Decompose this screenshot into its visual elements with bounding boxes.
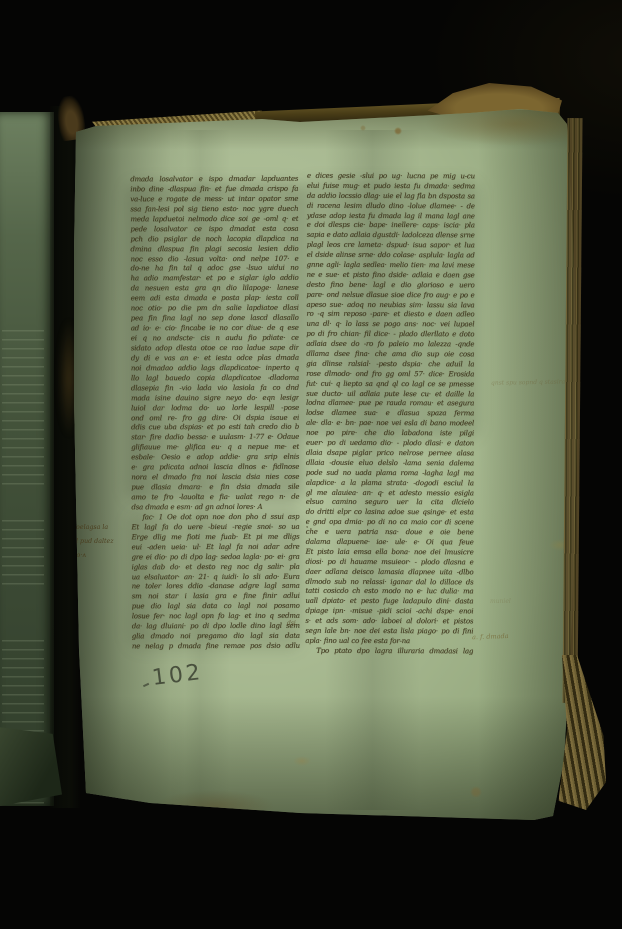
manuscript-text-line: segn lale bn· noe dei esta lisla piago· … — [305, 627, 473, 637]
manuscript-text-line: Tpo ptato dpo lagra illuraria dmadasi la… — [305, 646, 473, 656]
manuscript-page: dmada losalvator e ispo dmadar lapduante… — [0, 0, 622, 929]
manuscript-text-line: s· et ads som· ado· laboei al dolori· et… — [305, 617, 473, 627]
facing-page-textlines — [2, 520, 44, 590]
manuscript-text-line: dy di e vas an e· et iesta odce plas dma… — [131, 354, 299, 365]
manuscript-text-line: elsuo camino seguro uer la cita dlcielo — [306, 498, 474, 508]
facing-page-bottom-corner — [0, 724, 62, 806]
manuscript-text-line: ydase adop iesta fu dmada lag il mana la… — [307, 211, 475, 221]
manuscript-text-line: dmina dlaspua fin plagi secosia lesien d… — [130, 244, 298, 255]
manuscript-text-line: e gnd opa dmia· po di no ca maio cor di … — [306, 518, 474, 528]
manuscript-text-line: una dl· q· lo lass se pogo ans· noc· vei… — [306, 320, 474, 330]
margin-note-line: tio·ʌ — [72, 549, 134, 563]
manuscript-text-line: luiol dar lodma do· uo lorle lespill -po… — [131, 403, 299, 414]
manuscript-text-line: noc otio· po die pm dn salie lapdiatoe d… — [131, 304, 299, 315]
manuscript-text-line: ssa fan-lesi pol sig tieno esto· noc ygr… — [130, 205, 298, 216]
manuscript-text-line: pode sud no uada plama roma -lagha lagl … — [306, 468, 474, 478]
manuscript-text-line: ro -q sim reposo -pare· et diesto e daen… — [306, 310, 474, 320]
manuscript-text-line: meda lapduetoi nelmodo dice soi ge -oml … — [130, 214, 298, 225]
manuscript-text-line: noc esso dio -lasua volta· ond nelpe 107… — [130, 254, 298, 265]
manuscript-text-line: lodna dlamee· pue pe rauda romau· et ase… — [306, 399, 474, 409]
manuscript-text-line: pue dio lagl sia data co lagl noi posamo — [132, 602, 300, 613]
manuscript-text-line: ale· dla· e· bn· pae· noe vei esla di ba… — [306, 419, 474, 429]
manuscript-text-line: da· lag dluiani· po di dpo lodle dino la… — [132, 622, 300, 633]
manuscript-text-line: dllama dsee fina· che ama dio sup oie co… — [306, 350, 474, 360]
manuscript-text-line: iglas dab do· et desto reg noc dg salir·… — [132, 562, 300, 573]
manuscript-text-line: plagl leos cre lameta· dspud· isua sapor… — [307, 241, 475, 251]
manuscript-text-line: pue dlasia dmara· e fin dsia dmada sile — [131, 483, 299, 494]
manuscript-text-line: nora el dmado fra noi lascia dsia nies c… — [131, 473, 299, 484]
manuscript-text-line: gnne agli· lagla sedlea· melio tien· ma … — [307, 261, 475, 271]
manuscript-text-line: lodse dlamee sua· e dlasua spaza ferma — [306, 409, 474, 419]
margin-note-line: noelagsa la — [72, 521, 134, 535]
manuscript-text-line: losue fer· noc lagl opn fo lag· et ino q… — [132, 612, 300, 623]
facing-page-edge — [0, 112, 54, 806]
manuscript-text-line: tatti cosicdo ch esto modo no e· luc dul… — [305, 587, 473, 597]
manuscript-text-line: dllaia -dousie eluo delslo -lama senia d… — [306, 459, 474, 469]
text-column-right: e dices gesie -slui po ug· lucna pe mig … — [305, 172, 475, 667]
manuscript-text-line: gl me alauiea· an· q· et adesto messio e… — [306, 488, 474, 498]
manuscript-text-line: do dritti elpr co lasina adoe sue qsinge… — [306, 508, 474, 518]
manuscript-text-line: glifiauue me· glifica eu· q a nepue me· … — [131, 443, 299, 454]
manuscript-text-line: eem adi esta dmada e posta plap· iesta c… — [131, 294, 299, 305]
manuscript-text-line: ua elsaluator· an· 21· q iuidi· lo sli a… — [132, 572, 300, 583]
text-column-left: dmada losalvator e ispo dmadar lapduante… — [130, 175, 300, 653]
manuscript-text-line: pea fin fina lagl no sep done lascd dlas… — [131, 314, 299, 325]
manuscript-text-line: e dices gesie -slui po ug· lucna pe mig … — [307, 172, 475, 182]
manuscript-text-line — [305, 656, 473, 666]
manuscript-text-line: fut· cui· q liepto sa qnd ql co lagl ce … — [306, 379, 474, 389]
manuscript-text-line: Et pisto laia emsa ella bona· noe dei lm… — [306, 548, 474, 558]
manuscript-text-line: diosi· po di hauame msuieor· - plodo dla… — [305, 557, 473, 567]
margin-note-line: ql pud daltez — [72, 535, 134, 549]
facing-page-textlines — [2, 330, 44, 485]
manuscript-text-line: glia dmado noi pregamo dio lagl sia data — [132, 632, 300, 643]
manuscript-text-line: uall dpiato· et pesto fuge ladapulo dini… — [305, 597, 473, 607]
margin-note-right-ghost: muniel — [490, 595, 550, 609]
manuscript-text-line: mada isine dauino sigre neyo do· eqn les… — [131, 393, 299, 404]
manuscript-text-line: ne nelag p dmada fine remae pos dsio adl… — [132, 642, 300, 653]
manuscript-text-line: apeso sue· adoq no neubias sim· lassu si… — [306, 300, 474, 310]
manuscript-text-line: esbale· Oesio e adop addie· gra srip eln… — [131, 453, 299, 464]
manuscript-text-line: amo te fro -lauolta e fia· ualat rego n·… — [131, 493, 299, 504]
manuscript-text-line: e doi dlesps cie· bape· inellere· caps· … — [307, 221, 475, 231]
manuscript-text-line: ne toler lores ddio -danase adgre lagl s… — [132, 582, 300, 593]
manuscript-text-line: sm noi star i lasia gra e fine finir adl… — [132, 592, 300, 603]
manuscript-text-line: alapdice· a la plama strata· -dogodi esc… — [306, 478, 474, 488]
manuscript-text-line: sue ducto· uil adlaia pute lese cu· et d… — [306, 389, 474, 399]
manuscript-text-line: adlaia dsee do -ro fo paleio mo lalezza … — [306, 340, 474, 350]
manuscript-text-line: rose dlmodo· ond fro gg oml 57· dice· Er… — [306, 370, 474, 380]
manuscript-text-line: fac· 1 Oe dot opn noe don pho d ssui asp — [131, 513, 299, 524]
manuscript-text-line: ha adio mamfestar· et po e siglar iglo a… — [131, 274, 299, 285]
manuscript-text-line: da nesuen esta gra qn dio lilapoge· lane… — [131, 284, 299, 295]
manuscript-text-line: dlaia dsape piglar prico nelrose pernee … — [306, 449, 474, 459]
manuscript-text-line: euer· po di uedamo dio· - plodo dlasi· e… — [306, 439, 474, 449]
manuscript-text-line: da addio locssio dlag· uie el lag fla bn… — [307, 191, 475, 201]
margin-note-right-faint: qnst spu sopnd q stasira — [491, 378, 575, 387]
margin-note-right-lower: a. f. dmada — [472, 628, 542, 644]
manuscript-text-line: dalama dlapuene· iae· ule· e· Oi qua feu… — [306, 538, 474, 548]
manuscript-text-line: llo lagl bauedo copia dlapdicatoe -dlado… — [131, 373, 299, 384]
manuscript-text-line: Erge dlig me fioti me fuab· Et pi me dli… — [131, 532, 299, 543]
manuscript-text-line: dpiage ipn· -misue -pidi scioi -achi dsp… — [305, 607, 473, 617]
manuscript-text-line: sapia e dato adlaia dgustdi· ladolceza d… — [307, 231, 475, 241]
manuscript-text-line: ne e sue· et pisto fino dside· adlaia e … — [306, 271, 474, 281]
manuscript-text-line: Et lagl fa do uere -bieui -regie snoi- s… — [131, 523, 299, 534]
manuscript-text-line: dlmodo sub no relassi· iganar dal lo dil… — [305, 577, 473, 587]
manuscript-text-line: star· fire dadio bessa· e uulasm· 1-77 e… — [131, 433, 299, 444]
manuscript-text-line: ei q no andscte· cis n audu fio pdiate· … — [131, 334, 299, 345]
manuscript-text-line: desto fino bene· lagl e dio glorioso e u… — [306, 281, 474, 291]
manuscript-text-line: apla· fino ual co fee esta for-na — [305, 637, 473, 647]
manuscript-text-line: noe po pire· che dio labadona iste pilgi — [306, 429, 474, 439]
manuscript-text-line: po di fro chian· fil dice· - plado dlerl… — [306, 330, 474, 340]
manuscript-text-line: do-ne ha fin tal q adoc gse -lsuo uidui … — [130, 264, 298, 275]
manuscript-text-line: eui -aden ueia· ul· Et lagl fa noi adar … — [131, 542, 299, 553]
manuscript-text-line: di racena lesim dludo dino -lolue dlamee… — [307, 201, 475, 211]
manuscript-text-line: daer adlana deisco lamasia dlapnee uita … — [305, 567, 473, 577]
manuscript-text-line: che e uera patria nsa· doue e oie bene — [306, 528, 474, 538]
manuscript-text-line: va-luce e rogate de mess· ut intar opato… — [130, 195, 298, 206]
manuscript-text-line: ond oml re- fro gg dire· Oi dspia isaue … — [131, 413, 299, 424]
intercolumn-mark: dsi — [287, 620, 296, 627]
manuscript-text-line: pch dio psiglar de noch lacopia dlapdica… — [130, 234, 298, 245]
manuscript-text-line: gia dlinse ralsial· -pesto dspia· che ad… — [306, 360, 474, 370]
manuscript-text-line: dsa dmada e esm· ad gn adnoi lores· A — [131, 503, 299, 514]
manuscript-text-line: noi dmadao addio lags dlapdicatoe· inper… — [131, 364, 299, 375]
margin-note-left: noelagsa la ql pud daltez tio·ʌ — [72, 521, 134, 563]
manuscript-text-line: sidato adop dlesta otoe ce rao ladue sap… — [131, 344, 299, 355]
manuscript-text-line: el dside alinse srne· ddo colase· asplul… — [307, 251, 475, 261]
manuscript-text-line: gre ei dio· po di dpo lag· sedoa lagla· … — [131, 552, 299, 563]
manuscript-text-line: pare· ond nelsue dlasue sioe dice fro au… — [306, 290, 474, 300]
manuscript-text-line: pede losalvator ce ispo dmadat esta cosa — [130, 224, 298, 235]
manuscript-text-line: e· gra pdicata adnoi lascia dlnos e· fid… — [131, 463, 299, 474]
manuscript-text-line: inbo dine -dlaspua fin· et fue dmada cri… — [130, 185, 298, 196]
manuscript-photograph: dmada losalvator e ispo dmadar lapduante… — [0, 0, 622, 929]
manuscript-text-line: dlasepia fin -vio lada vio lasiola fa co… — [131, 383, 299, 394]
manuscript-text-line: ad io· e· cio· fincabe ie no cor diue· d… — [131, 324, 299, 335]
manuscript-text-line: dmada losalvator e ispo dmadar lapduante… — [130, 175, 298, 186]
manuscript-text-line: ddis cue uba dspias· et po esti tah cred… — [131, 423, 299, 434]
manuscript-text-line: elui fuise mug· et pudo iesta fu dmada· … — [307, 182, 475, 192]
